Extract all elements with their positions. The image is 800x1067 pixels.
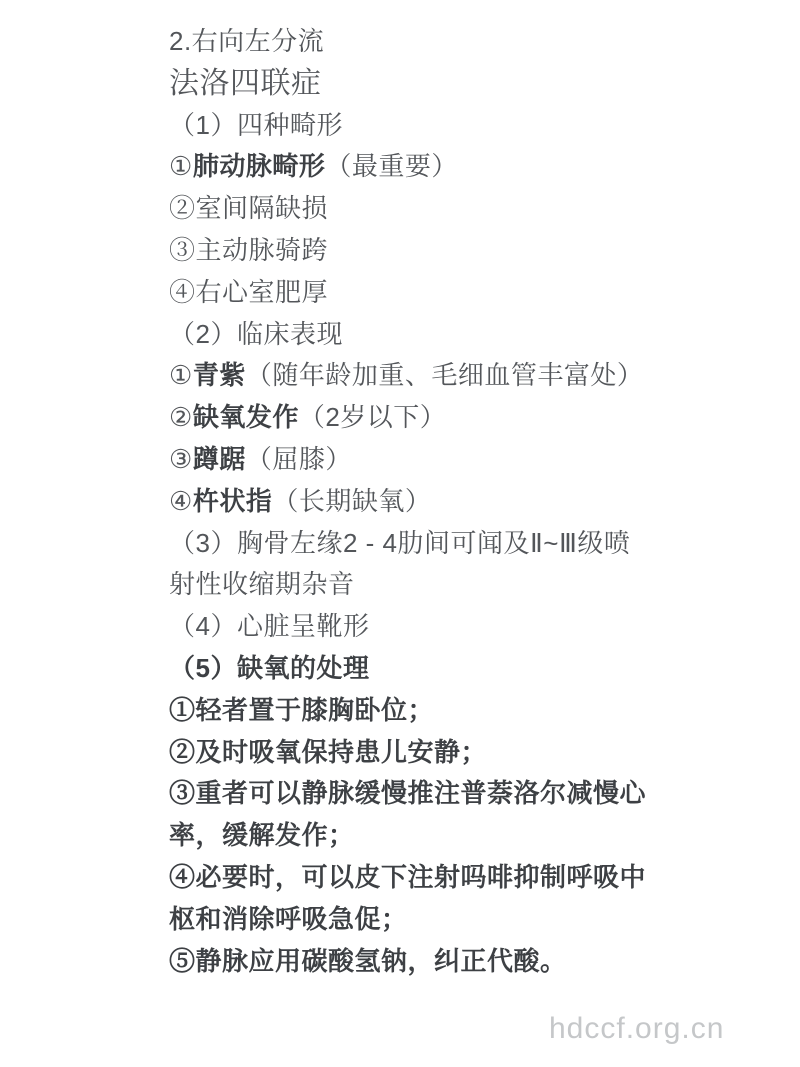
text-segment: （1）四种畸形 xyxy=(169,110,343,140)
text-segment-bold: ⑤静脉应用碳酸氢钠，纠正代酸。 xyxy=(169,946,567,976)
text-segment: （2岁以下） xyxy=(299,402,446,432)
text-line: ③主动脉骑跨 xyxy=(169,230,649,272)
text-segment: （2）临床表现 xyxy=(169,319,343,349)
text-line: ②室间隔缺损 xyxy=(169,188,649,230)
text-segment-bold: 青紫 xyxy=(193,360,246,390)
watermark-text: hdccf.org.cn xyxy=(549,1012,724,1046)
text-segment-bold: ④必要时，可以皮下注射吗啡抑制呼吸中枢和消除呼吸急促； xyxy=(169,862,646,934)
text-line: ④右心室肥厚 xyxy=(169,272,649,314)
text-segment: （3）胸骨左缘2 - 4肋间可闻及Ⅱ~Ⅲ级喷射性收缩期杂音 xyxy=(169,528,630,600)
text-line: ⑤静脉应用碳酸氢钠，纠正代酸。 xyxy=(169,941,649,983)
text-segment-bold: （5）缺氧的处理 xyxy=(169,653,369,683)
text-segment-bold: ①轻者置于膝胸卧位； xyxy=(169,695,434,725)
text-segment: （随年龄加重、毛细血管丰富处） xyxy=(246,360,644,390)
text-line: （3）胸骨左缘2 - 4肋间可闻及Ⅱ~Ⅲ级喷射性收缩期杂音 xyxy=(169,523,649,607)
text-line: （2）临床表现 xyxy=(169,314,649,356)
text-segment: （屈膝） xyxy=(246,444,352,474)
text-line: ①轻者置于膝胸卧位； xyxy=(169,690,649,732)
text-segment-bold: 蹲踞 xyxy=(193,444,246,474)
text-line: （4）心脏呈靴形 xyxy=(169,606,649,648)
text-segment: ① xyxy=(169,360,193,390)
text-line: ①青紫（随年龄加重、毛细血管丰富处） xyxy=(169,355,649,397)
note-text-block: 2.右向左分流法洛四联症（1）四种畸形①肺动脉畸形（最重要）②室间隔缺损③主动脉… xyxy=(169,21,649,982)
text-segment-bold: 杵状指 xyxy=(193,486,273,516)
text-line: 2.右向左分流 xyxy=(169,21,649,63)
text-line: ④必要时，可以皮下注射吗啡抑制呼吸中枢和消除呼吸急促； xyxy=(169,857,649,941)
text-segment: ③ xyxy=(169,444,193,474)
text-segment: ① xyxy=(169,151,193,181)
text-segment: 法洛四联症 xyxy=(169,67,322,100)
text-segment-bold: ②及时吸氧保持患儿安静； xyxy=(169,737,487,767)
text-line: ③重者可以静脉缓慢推注普萘洛尔减慢心率，缓解发作； xyxy=(169,773,649,857)
text-line: （1）四种畸形 xyxy=(169,105,649,147)
text-line: ④杵状指（长期缺氧） xyxy=(169,481,649,523)
text-segment: （最重要） xyxy=(325,151,458,181)
text-line: ③蹲踞（屈膝） xyxy=(169,439,649,481)
text-segment: ③主动脉骑跨 xyxy=(169,235,328,265)
text-segment: （长期缺氧） xyxy=(272,486,431,516)
text-segment: ④右心室肥厚 xyxy=(169,277,328,307)
title-line: 法洛四联症 xyxy=(169,63,649,105)
text-segment: ② xyxy=(169,402,193,432)
text-line: ①肺动脉畸形（最重要） xyxy=(169,146,649,188)
text-line: ②及时吸氧保持患儿安静； xyxy=(169,732,649,774)
text-segment: ②室间隔缺损 xyxy=(169,193,328,223)
text-segment-bold: 缺氧发作 xyxy=(193,402,299,432)
text-line: （5）缺氧的处理 xyxy=(169,648,649,690)
text-line: ②缺氧发作（2岁以下） xyxy=(169,397,649,439)
text-segment-bold: ③重者可以静脉缓慢推注普萘洛尔减慢心率，缓解发作； xyxy=(169,778,646,850)
text-segment: 2.右向左分流 xyxy=(169,26,324,56)
text-segment-bold: 肺动脉畸形 xyxy=(193,151,326,181)
text-segment: （4）心脏呈靴形 xyxy=(169,611,369,641)
text-segment: ④ xyxy=(169,486,193,516)
